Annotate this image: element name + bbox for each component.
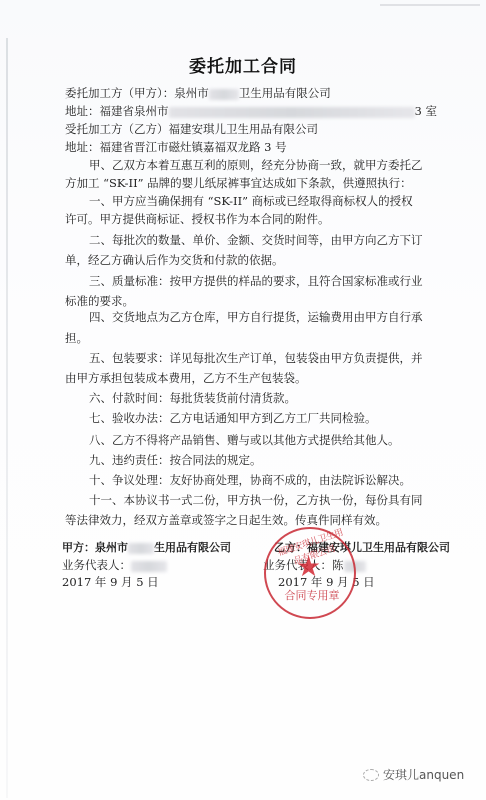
party-a-sig-prefix: 甲方：泉州市 [62,541,128,554]
party-a-address: 地址：福建省泉州市3 室 [65,102,437,120]
clause-6: 六、付款时间：每批货装货前付清货款。 [89,389,296,407]
party-a-date: 2017 年 9 月 5 日 [62,573,159,591]
company-seal: 福建安琪儿卫生用品有限公司 ★ 合同专用章 [264,527,356,619]
preamble-line: 甲、乙双方本着互惠互利的原则，经充分协商一致，就甲方委托乙 [89,156,423,174]
clause-11: 十一、本协议书一式二份，甲方执一份，乙方执一份，每份具有同 [89,491,423,509]
preamble-line: 方加工 “SK-II” 品牌的婴儿纸尿裤事宜达成如下条款，供遵照执行： [65,174,412,192]
redacted-text [169,107,415,118]
document-title: 委托加工合同 [0,52,486,77]
clause-8: 八、乙方不得将产品销售、赠与或以其他方式提供给其他人。 [89,431,400,449]
clause-10: 十、争议处理：友好协商处理，协商不成的，由法院诉讼解决。 [89,471,411,489]
redacted-text [209,89,239,100]
clause-1: 一、甲方应当确保拥有 “SK-II” 商标或已经取得商标权人的授权 [89,192,413,210]
scan-smudge [380,4,480,6]
clause-2: 二、每批次的数量、单价、金额、交货时间等，由甲方向乙方下订 [89,231,423,249]
party-a-prefix: 委托加工方（甲方）：泉州市 [65,86,209,100]
party-a-line: 委托加工方（甲方）：泉州市卫生用品有限公司 [65,84,331,102]
party-a-suffix: 卫生用品有限公司 [239,86,331,100]
clause-3: 三、质量标准：按甲方提供的样品的要求，且符合国家标准或行业 [89,272,423,290]
clause-5-cont: 由甲方承担包装成本费用，乙方不生产包装袋。 [65,369,307,387]
clause-4-cont: 担。 [65,329,88,347]
watermark-text: 安琪儿anquen [383,766,464,783]
address-suffix: 3 室 [415,104,437,118]
seal-bottom-text: 合同专用章 [280,587,344,603]
address-prefix: 地址：福建省泉州市 [65,104,169,118]
clause-7: 七、验收办法：乙方电话通知甲方到乙方工厂共同检验。 [89,409,377,427]
watermark: 安琪儿anquen [363,766,464,783]
clause-5: 五、包装要求：详见每批次生产订单，包装袋由甲方负责提供，并 [89,349,423,367]
star-icon: ★ [296,553,321,581]
document-page: 委托加工合同 委托加工方（甲方）：泉州市卫生用品有限公司 地址：福建省泉州市3 … [0,0,486,800]
redacted-text [131,561,167,572]
party-a-sig-suffix: 生用品有限公司 [154,541,231,554]
clause-2-cont: 单，经乙方确认后作为交货和付款的依据。 [65,251,284,269]
rep-label: 业务代表人： [62,558,131,572]
clause-1-cont: 许可。甲方提供商标证、授权书作为本合同的附件。 [65,210,330,228]
wechat-icon [363,769,379,781]
clause-9: 九、违约责任：按合同法的规定。 [89,451,262,469]
party-b-address: 地址：福建省晋江市磁灶镇嘉福双龙路 3 号 [65,138,287,156]
party-a-rep: 业务代表人： [62,556,167,574]
page-edge-shadow [6,38,8,798]
redacted-text [128,543,154,554]
party-a-signature: 甲方：泉州市生用品有限公司 [62,539,231,557]
party-b-line: 受托加工方（乙方）福建安琪儿卫生用品有限公司 [65,120,318,138]
clause-4: 四、交货地点为乙方仓库，甲方自行提货，运输费用由甲方自行承 [89,308,423,326]
